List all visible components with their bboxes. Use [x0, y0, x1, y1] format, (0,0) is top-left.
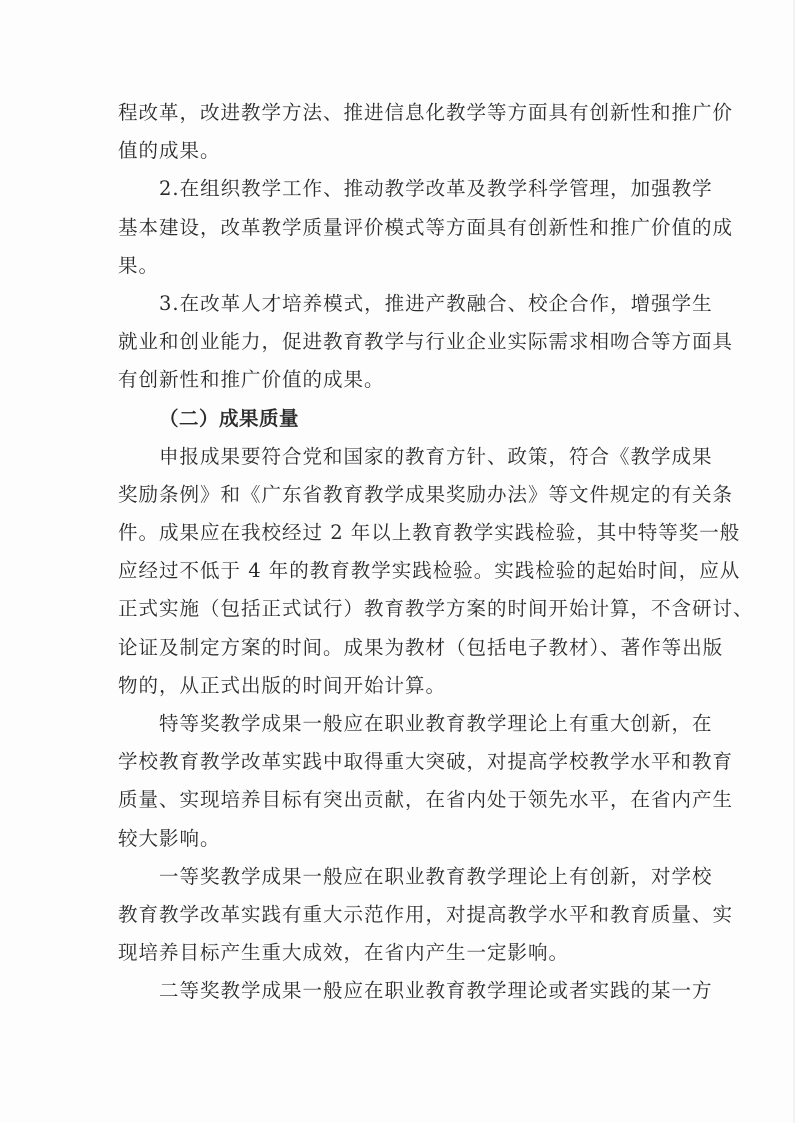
quality-line-3: 件。成果应在我校经过 2 年以上教育教学实践检验，其中特等奖一般 — [118, 514, 674, 552]
item-3-line-1: 3.在改革人才培养模式，推进产教融合、校企合作，增强学生 — [118, 285, 674, 323]
item-2-line-3: 果。 — [118, 247, 674, 285]
item-3-line-2: 就业和创业能力，促进教育教学与行业企业实际需求相吻合等方面具 — [118, 323, 674, 361]
item-1-line-2: 值的成果。 — [118, 132, 674, 170]
quality-line-1: 申报成果要符合党和国家的教育方针、政策，符合《教学成果 — [118, 438, 674, 476]
special-prize-line-4: 较大影响。 — [118, 820, 674, 858]
quality-line-7: 物的，从正式出版的时间开始计算。 — [118, 667, 674, 705]
section-heading: （二）成果质量 — [118, 400, 674, 438]
quality-line-4: 应经过不低于 4 年的教育教学实践检验。实践检验的起始时间，应从 — [118, 552, 674, 590]
special-prize-line-1: 特等奖教学成果一般应在职业教育教学理论上有重大创新，在 — [118, 705, 674, 743]
document-page: 程改革，改进教学方法、推进信息化教学等方面具有创新性和推广价 值的成果。 2.在… — [118, 94, 674, 1011]
item-1-line-1: 程改革，改进教学方法、推进信息化教学等方面具有创新性和推广价 — [118, 94, 674, 132]
first-prize-line-3: 现培养目标产生重大成效，在省内产生一定影响。 — [118, 934, 674, 972]
quality-line-6: 论证及制定方案的时间。成果为教材（包括电子教材）、著作等出版 — [118, 629, 674, 667]
item-3-line-3: 有创新性和推广价值的成果。 — [118, 361, 674, 399]
second-prize-line-1: 二等奖教学成果一般应在职业教育教学理论或者实践的某一方 — [118, 972, 674, 1010]
item-2-line-2: 基本建设，改革教学质量评价模式等方面具有创新性和推广价值的成 — [118, 209, 674, 247]
item-2-line-1: 2.在组织教学工作、推动教学改革及教学科学管理，加强教学 — [118, 170, 674, 208]
quality-line-2: 奖励条例》和《广东省教育教学成果奖励办法》等文件规定的有关条 — [118, 476, 674, 514]
first-prize-line-2: 教育教学改革实践有重大示范作用，对提高教学水平和教育质量、实 — [118, 896, 674, 934]
special-prize-line-3: 质量、实现培养目标有突出贡献，在省内处于领先水平，在省内产生 — [118, 781, 674, 819]
first-prize-line-1: 一等奖教学成果一般应在职业教育教学理论上有创新，对学校 — [118, 858, 674, 896]
quality-line-5: 正式实施（包括正式试行）教育教学方案的时间开始计算，不含研讨、 — [118, 590, 674, 628]
special-prize-line-2: 学校教育教学改革实践中取得重大突破，对提高学校教学水平和教育 — [118, 743, 674, 781]
